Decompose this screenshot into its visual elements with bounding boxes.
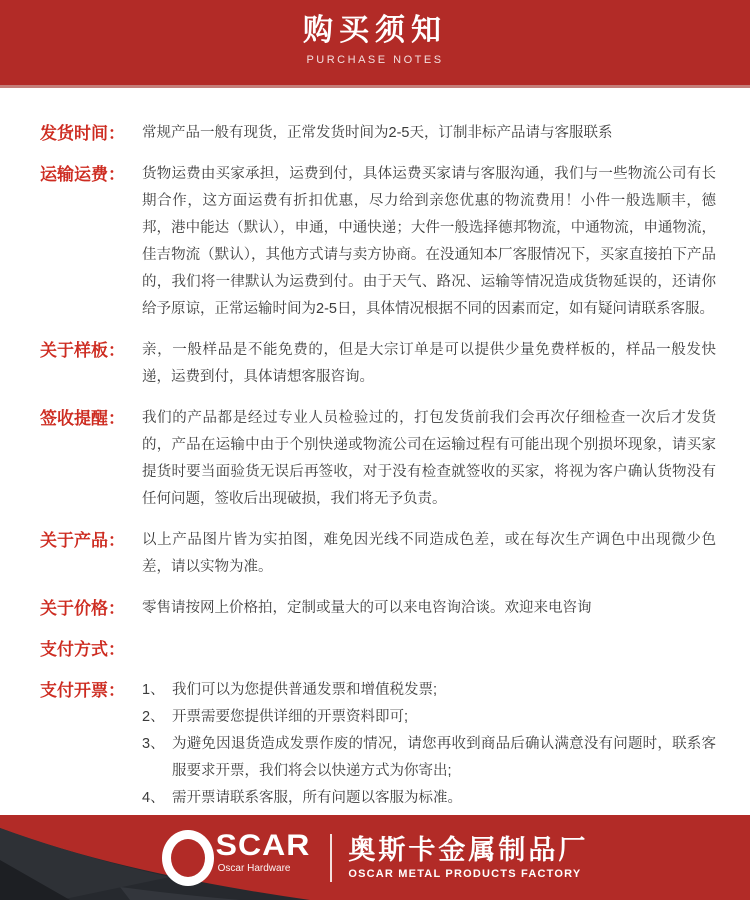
page-subtitle: PURCHASE NOTES: [0, 54, 750, 66]
notes-content: 发货时间： 常规产品一般有现货，正常发货时间为2-5天，订制非标产品请与客服联系…: [0, 88, 750, 815]
section-label: 发货时间：: [40, 120, 142, 147]
list-marker: 3、: [142, 731, 172, 785]
oscar-logo: SCAR Oscar Hardware: [162, 829, 311, 886]
section-samples: 关于样板： 亲，一般样品是不能免费的，但是大宗订单是可以提供少量免费样板的，样品…: [40, 337, 716, 391]
section-label: 支付方式：: [40, 636, 142, 663]
list-marker: 4、: [142, 785, 172, 812]
section-label: 关于样板：: [40, 337, 142, 364]
invoice-note-item: 3、 为避免因退货造成发票作废的情况，请您再收到商品后确认满意没有问题时，联系客…: [142, 731, 716, 785]
factory-name-block: 奥斯卡金属制品厂 OSCAR METAL PRODUCTS FACTORY: [348, 835, 588, 880]
factory-name-cn: 奥斯卡金属制品厂: [348, 835, 588, 865]
list-text: 为避免因退货造成发票作废的情况，请您再收到商品后确认满意没有问题时，联系客服要求…: [172, 731, 716, 785]
section-label: 签收提醒：: [40, 405, 142, 432]
oscar-logo-o-icon: [162, 830, 214, 886]
section-shipping-cost: 运输运费： 货物运费由买家承担，运费到付，具体运费买家请与客服沟通，我们与一些物…: [40, 161, 716, 323]
section-payment-method: 支付方式：: [40, 636, 716, 663]
section-price: 关于价格： 零售请按网上价格拍，定制或量大的可以来电咨询洽谈。欢迎来电咨询: [40, 595, 716, 622]
list-text: 需开票请联系客服，所有问题以客服为标准。: [172, 785, 716, 812]
oscar-logo-text: SCAR: [216, 830, 311, 859]
section-text: 亲，一般样品是不能免费的，但是大宗订单是可以提供少量免费样板的，样品一般发快递，…: [142, 337, 716, 391]
section-label: 关于产品：: [40, 527, 142, 554]
factory-name-en: OSCAR METAL PRODUCTS FACTORY: [348, 868, 588, 880]
list-text: 我们可以为您提供普通发票和增值税发票;: [172, 677, 716, 704]
header-banner: 购买须知 PURCHASE NOTES: [0, 0, 750, 88]
section-text: 货物运费由买家承担，运费到付，具体运费买家请与客服沟通，我们与一些物流公司有长期…: [142, 161, 716, 323]
invoice-note-item: 1、 我们可以为您提供普通发票和增值税发票;: [142, 677, 716, 704]
section-label: 关于价格：: [40, 595, 142, 622]
list-text: 开票需要您提供详细的开票资料即可;: [172, 704, 716, 731]
footer-divider: [330, 834, 332, 882]
section-label: 运输运费：: [40, 161, 142, 188]
section-text: 常规产品一般有现货，正常发货时间为2-5天，订制非标产品请与客服联系: [142, 120, 716, 147]
section-product: 关于产品： 以上产品图片皆为实拍图，难免因光线不同造成色差，或在每次生产调色中出…: [40, 527, 716, 581]
section-shipping-time: 发货时间： 常规产品一般有现货，正常发货时间为2-5天，订制非标产品请与客服联系: [40, 120, 716, 147]
section-invoice: 支付开票： 1、 我们可以为您提供普通发票和增值税发票; 2、 开票需要您提供详…: [40, 677, 716, 812]
invoice-note-item: 4、 需开票请联系客服，所有问题以客服为标准。: [142, 785, 716, 812]
list-marker: 2、: [142, 704, 172, 731]
section-text: 零售请按网上价格拍，定制或量大的可以来电咨询洽谈。欢迎来电咨询: [142, 595, 716, 622]
purchase-notes-page: 购买须知 PURCHASE NOTES 发货时间： 常规产品一般有现货，正常发货…: [0, 0, 750, 900]
oscar-logo-subtext: Oscar Hardware: [218, 863, 291, 874]
invoice-note-item: 2、 开票需要您提供详细的开票资料即可;: [142, 704, 716, 731]
section-text: 我们的产品都是经过专业人员检验过的，打包发货前我们会再次仔细检查一次后才发货的，…: [142, 405, 716, 513]
page-title: 购买须知: [0, 0, 750, 48]
list-marker: 1、: [142, 677, 172, 704]
section-text: 以上产品图片皆为实拍图，难免因光线不同造成色差，或在每次生产调色中出现微少色差，…: [142, 527, 716, 581]
section-label: 支付开票：: [40, 677, 142, 704]
section-receipt-reminder: 签收提醒： 我们的产品都是经过专业人员检验过的，打包发货前我们会再次仔细检查一次…: [40, 405, 716, 513]
footer-banner: SCAR Oscar Hardware 奥斯卡金属制品厂 OSCAR METAL…: [0, 815, 750, 900]
